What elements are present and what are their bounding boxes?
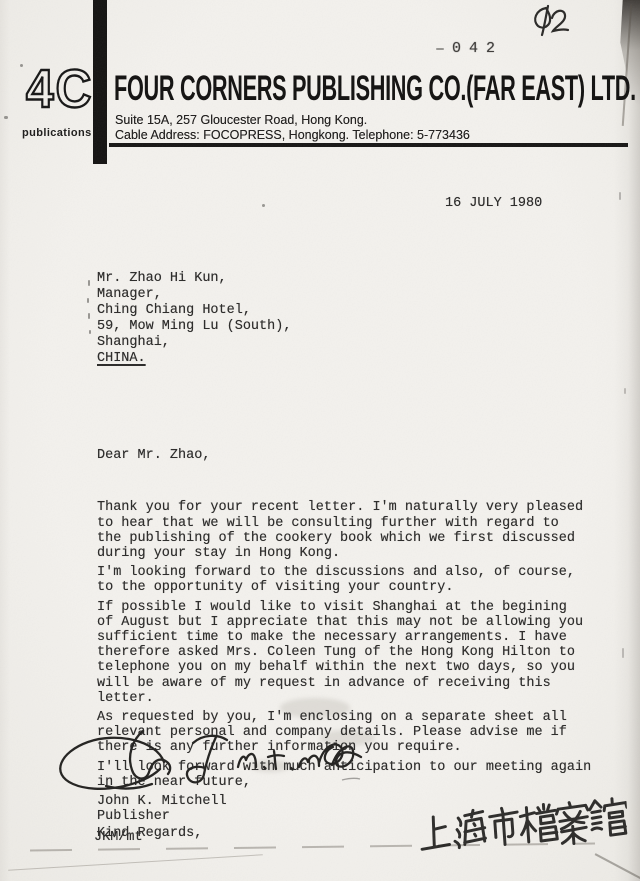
paragraph-line: If possible I would like to visit Shangh… [97,600,611,615]
paragraph-line: I'm looking forward to the discussions a… [97,565,611,580]
ink-speck [619,192,621,200]
paragraph-line: will be aware of my request in advance o… [97,676,611,691]
recipient-line: Shanghai, [97,335,291,351]
ink-speck [88,280,90,286]
paragraph-line: the publishing of the cookery book which… [97,531,611,546]
paragraph-line: of August but I appreciate that this may… [97,615,611,630]
recipient-line: Manager, [97,287,291,303]
recipient-line: 59, Mow Ming Lu (South), [97,319,291,335]
signature-handwriting [46,722,364,802]
letter-date: 16 JULY 1980 [445,196,542,211]
paragraph-line: to hear that we will be consulting furth… [97,516,611,531]
salutation: Dear Mr. Zhao, [97,448,611,463]
ink-speck [20,64,23,67]
typist-reference: JKM/mt [94,830,143,845]
ink-speck [436,48,444,50]
page-number-stamp: 042 [452,40,503,57]
paragraph: If possible I would like to visit Shangh… [97,600,611,706]
ink-speck [88,313,90,319]
paragraph-line: sufficient time to make the necessary ar… [97,630,611,645]
paragraph-line: Thank you for your recent letter. I'm na… [97,500,611,515]
paragraph-line: letter. [97,691,611,706]
recipient-line: CHINA. [97,351,291,367]
ink-speck [89,330,91,334]
signature-title: Publisher [97,809,170,824]
ink-speck [87,298,89,303]
ink-speck [4,116,8,119]
signature-name: John K. Mitchell [97,794,227,809]
letterhead-rule [109,143,628,147]
company-address: Suite 15A, 257 Gloucester Road, Hong Kon… [115,113,367,127]
handwritten-mark-value: 42 [528,6,550,29]
company-cable-line: Cable Address: FOCOPRESS, Hongkong. Tele… [115,128,470,142]
scanned-letter-page: 4C publications FOUR CORNERS PUBLISHING … [0,0,640,881]
paragraph-line: to the opportunity of visiting your coun… [97,580,611,595]
company-name: FOUR CORNERS PUBLISHING CO.(FAR EAST) LT… [114,71,636,106]
paragraph-line: during your stay in Hong Kong. [97,546,611,561]
letterhead-vertical-bar [93,0,107,164]
ink-speck [624,388,626,394]
paragraph: I'm looking forward to the discussions a… [97,565,611,595]
paragraph-line: therefore asked Mrs. Coleen Tung of the … [97,645,611,660]
logo-subtext: publications [22,127,92,139]
recipient-line: Mr. Zhao Hi Kun, [97,271,291,287]
ink-speck [262,204,265,207]
paragraph-line: telephone you on my behalf within the ne… [97,660,611,675]
recipient-block: Mr. Zhao Hi Kun,Manager,Ching Chiang Hot… [97,271,291,367]
recipient-line: Ching Chiang Hotel, [97,303,291,319]
paragraph: Thank you for your recent letter. I'm na… [97,500,611,560]
company-logo: 4C [26,62,93,116]
ink-speck [622,648,624,658]
